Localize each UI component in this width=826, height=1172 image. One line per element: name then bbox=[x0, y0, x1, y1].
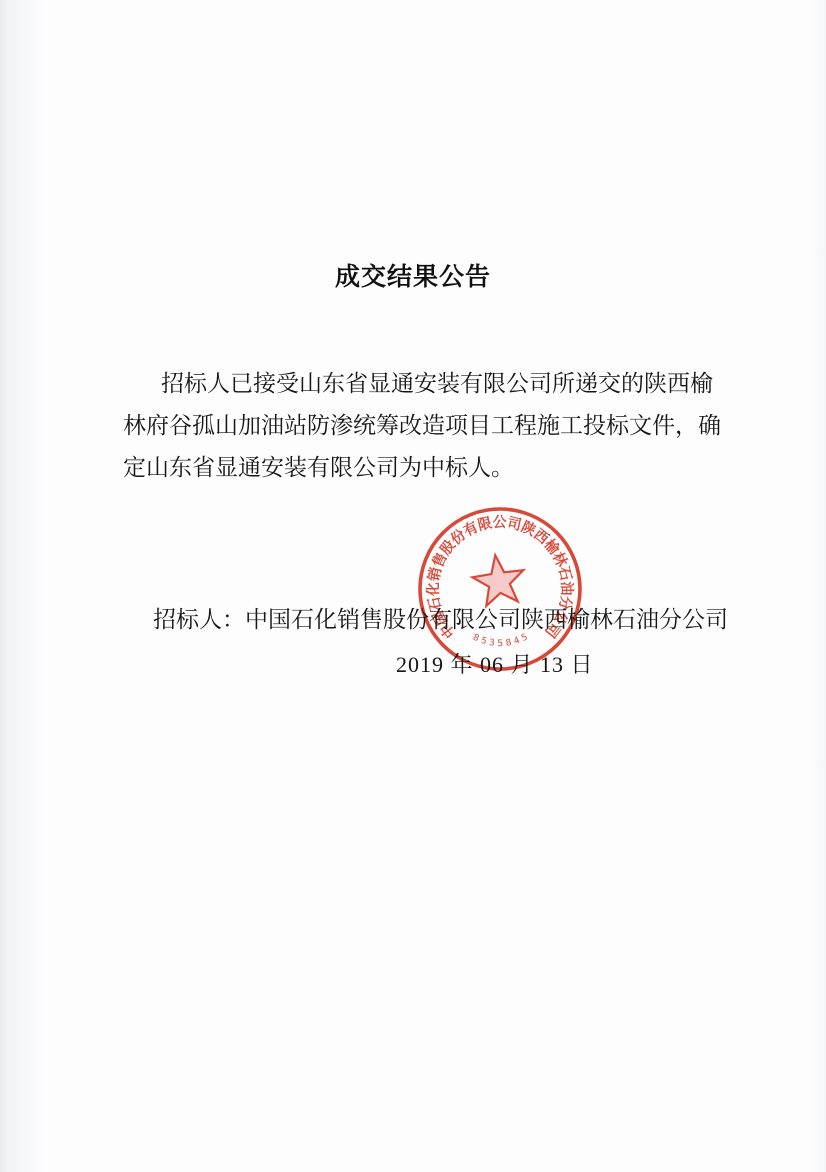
star-icon bbox=[470, 552, 528, 608]
bidder-signature-line: 招标人：中国石化销售股份有限公司陕西榆林石油分公司 bbox=[153, 601, 728, 634]
announcement-body: 招标人已接受山东省显通安装有限公司所递交的陕西榆 林府谷孤山加油站防渗统筹改造项… bbox=[123, 363, 733, 489]
body-line-1: 招标人已接受山东省显通安装有限公司所递交的陕西榆 bbox=[123, 363, 733, 405]
document-title: 成交结果公告 bbox=[0, 257, 826, 293]
scanned-document-page: 成交结果公告 招标人已接受山东省显通安装有限公司所递交的陕西榆 林府谷孤山加油站… bbox=[0, 0, 826, 1172]
body-line-3: 定山东省显通安装有限公司为中标人。 bbox=[123, 447, 733, 489]
body-line-2: 林府谷孤山加油站防渗统筹改造项目工程施工投标文件，确 bbox=[123, 405, 733, 447]
signature-date: 2019 年 06 月 13 日 bbox=[396, 648, 594, 679]
